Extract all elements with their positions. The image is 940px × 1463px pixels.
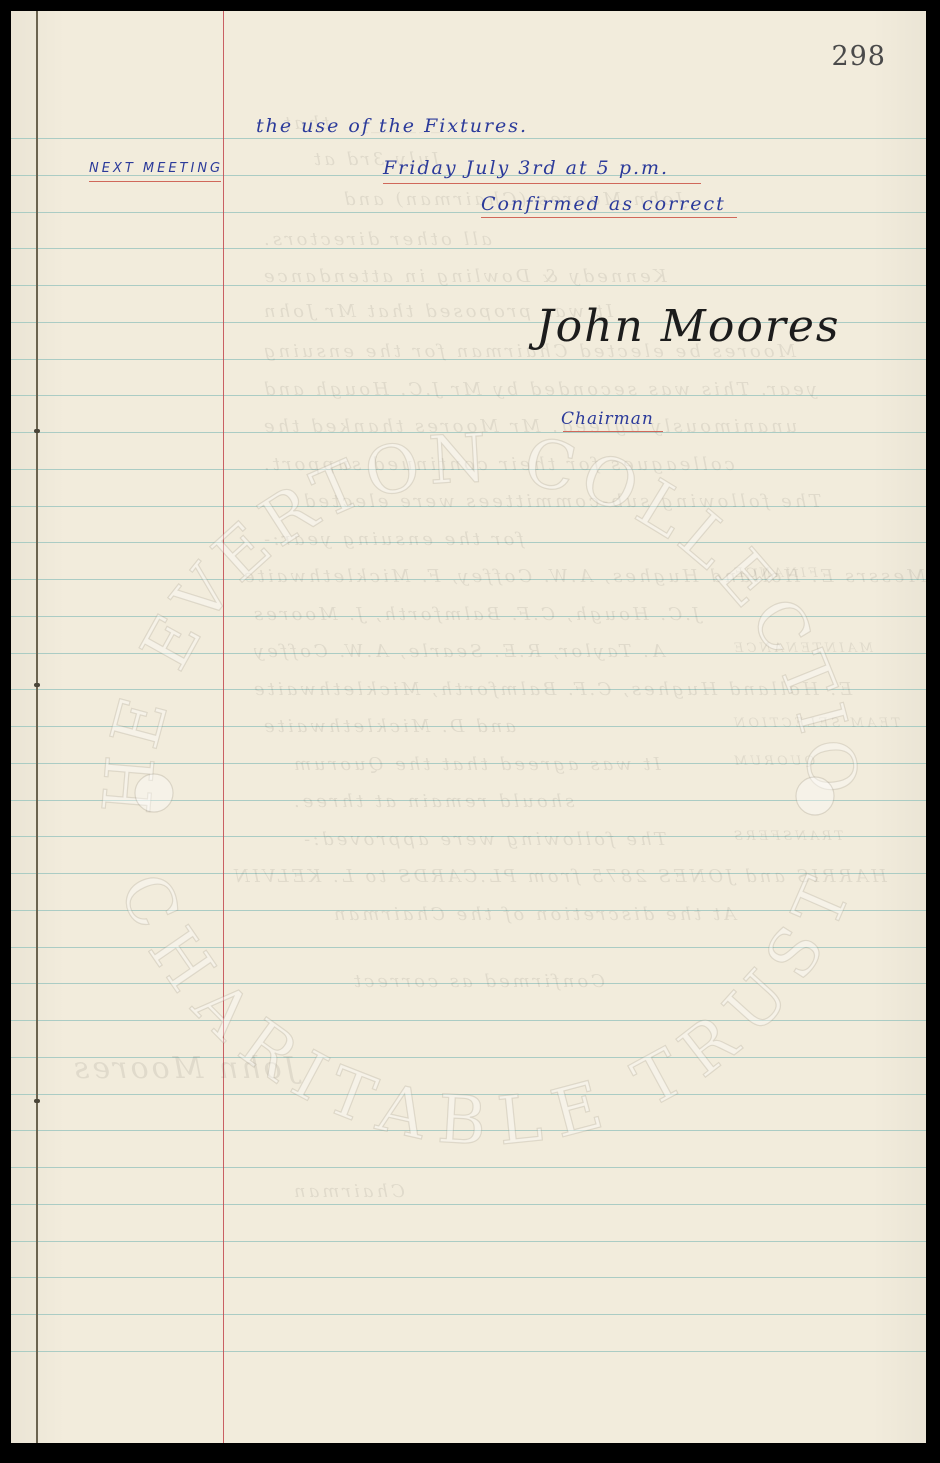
- heading-underline: [89, 181, 221, 182]
- watermark-dot: [135, 774, 173, 812]
- chairman-signature: John Moores: [536, 301, 840, 352]
- chairman-underline: [563, 431, 663, 432]
- watermark: THE EVERTON COLLECTION CHARITABLE TRUST: [11, 11, 926, 1443]
- signature-title-chairman: Chairman: [561, 409, 654, 429]
- watermark-bottom-text: CHARITABLE TRUST: [104, 862, 869, 1161]
- minutes-line-confirmed: Confirmed as correct: [481, 193, 726, 215]
- page-number: 298: [831, 41, 886, 72]
- confirmed-underline: [481, 217, 737, 218]
- ledger-page: _______ that July 3rd at John Moores (Ch…: [11, 11, 926, 1443]
- minutes-line-fixtures: the use of the Fixtures.: [256, 115, 528, 137]
- watermark-dot: [796, 777, 834, 815]
- date-underline: [383, 183, 701, 184]
- minutes-line-next-meeting-date: Friday July 3rd at 5 p.m.: [383, 157, 669, 179]
- margin-heading-next-meeting: NEXT MEETING: [89, 161, 223, 176]
